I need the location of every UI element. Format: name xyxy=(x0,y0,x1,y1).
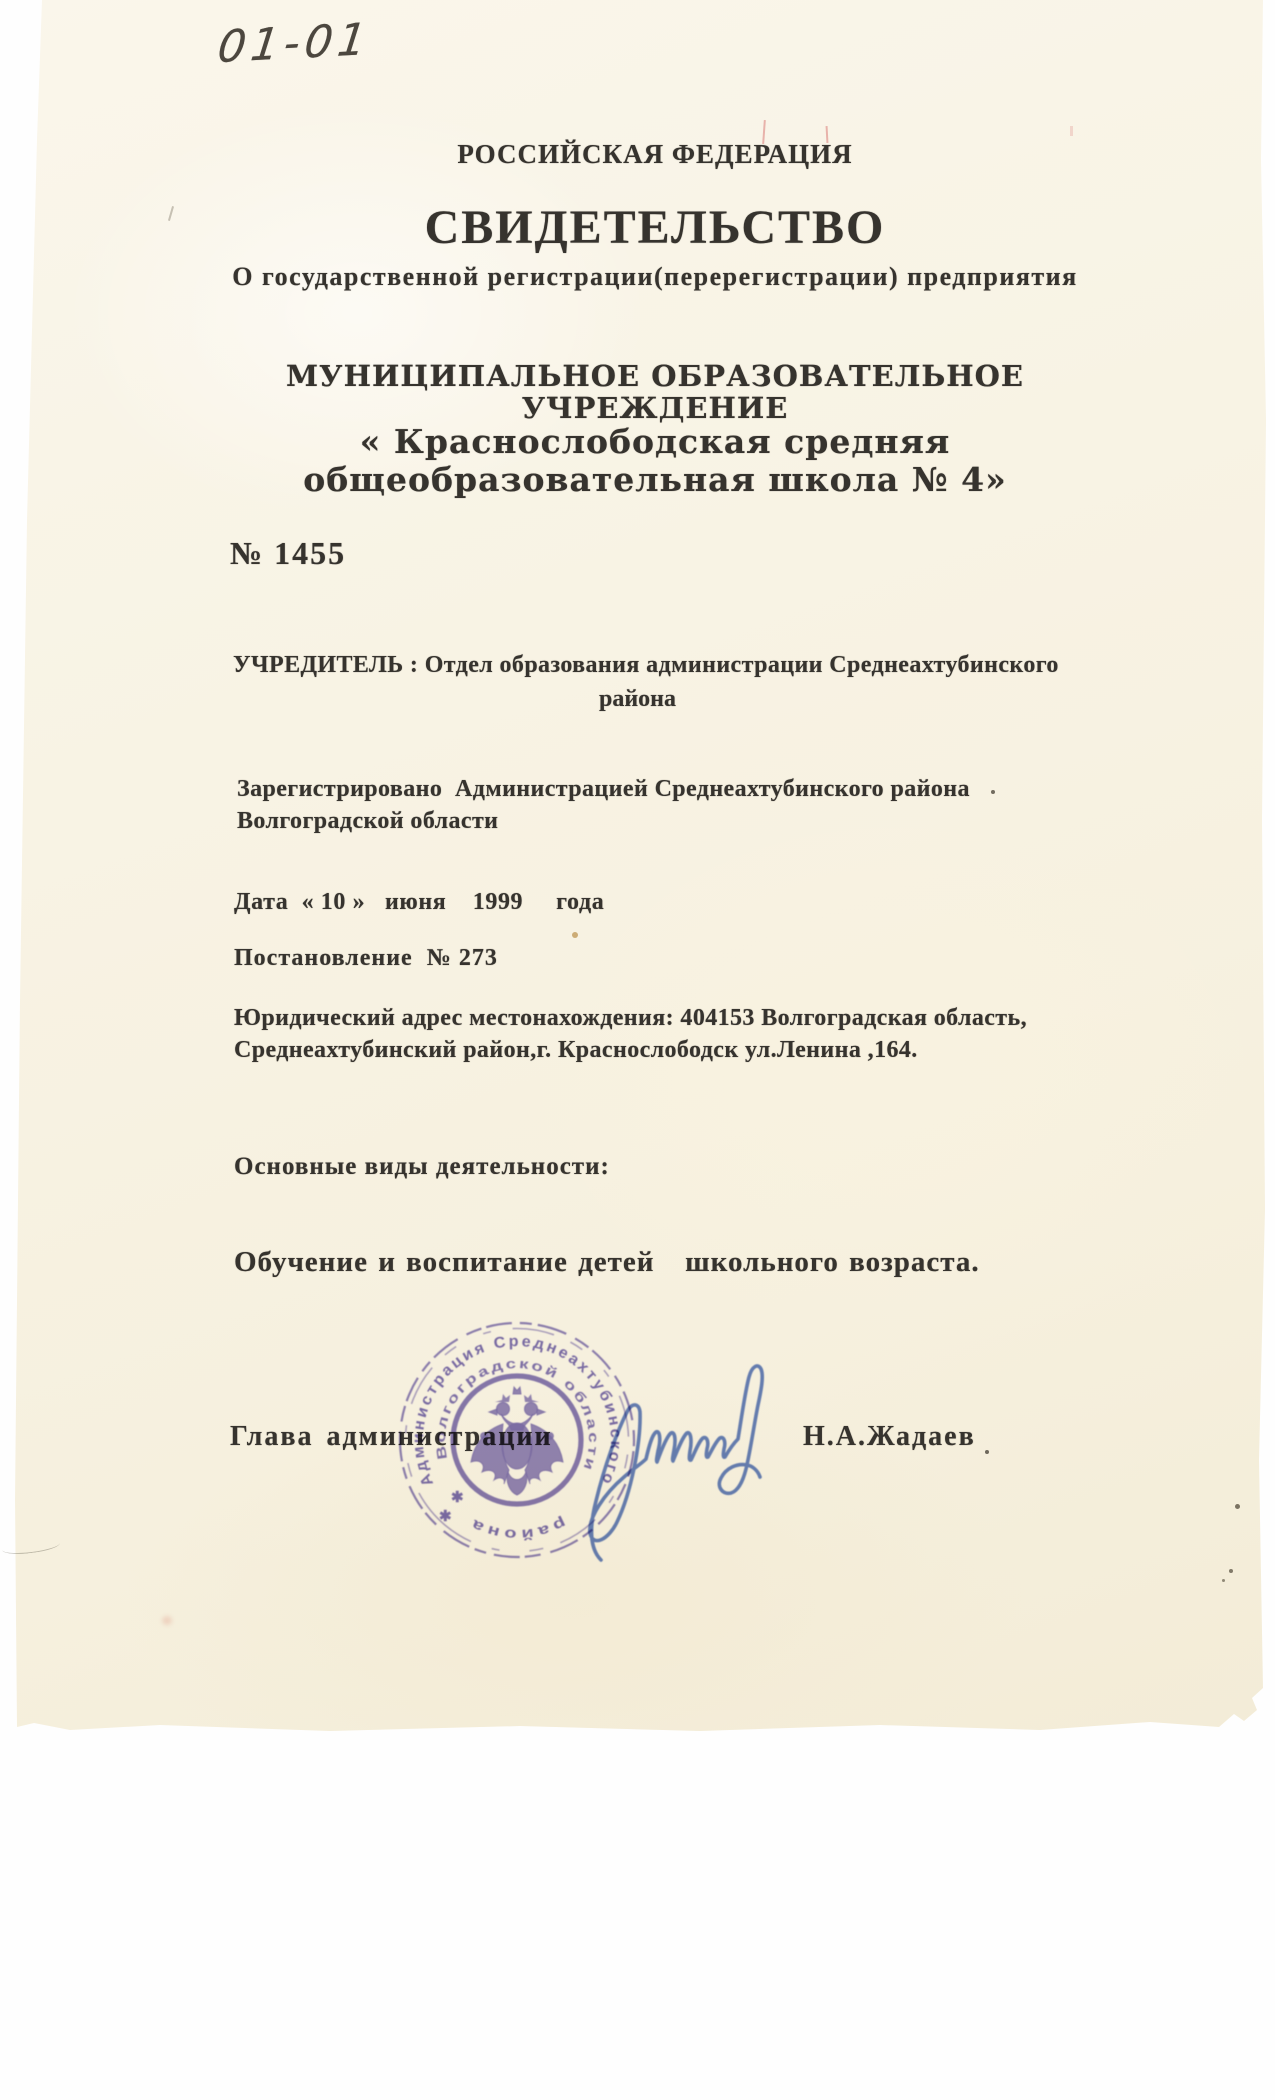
document-title: СВИДЕТЕЛЬСТВО xyxy=(35,200,1275,255)
organization-line-4: общеобразовательная школа № 4» xyxy=(35,460,1275,499)
signatory-name: Н.А.Жадаев xyxy=(803,1421,976,1453)
paper-speck xyxy=(1235,1504,1240,1509)
founder-line-2: района xyxy=(235,686,1040,713)
paper-stain xyxy=(162,1616,172,1625)
resolution-number-line: Постановление № 273 xyxy=(234,945,498,972)
registered-by-line-2: Волгоградской области xyxy=(237,808,498,835)
stamp-ring-text-bottom: района xyxy=(466,1514,568,1542)
paper-speck xyxy=(1222,1579,1225,1582)
ink-dot xyxy=(985,1450,989,1454)
paper-speck xyxy=(572,932,578,938)
handwritten-number: 01-01 xyxy=(215,14,374,73)
organization-line-1: МУНИЦИПАЛЬНОЕ ОБРАЗОВАТЕЛЬНОЕ xyxy=(35,359,1275,393)
founder-line-1: УЧРЕДИТЕЛЬ : Отдел образования администр… xyxy=(233,652,1059,679)
registration-date-line: Дата « 10 » июня 1999 года xyxy=(234,889,604,916)
document-subtitle: О государственной регистрации(перерегист… xyxy=(35,262,1275,292)
registered-by-line-1: Зарегистрировано Администрацией Среднеах… xyxy=(237,776,970,803)
signature-stroke xyxy=(590,1366,762,1560)
country-header: РОССИЙСКАЯ ФЕДЕРАЦИЯ xyxy=(35,139,1275,170)
double-headed-eagle-icon xyxy=(471,1387,563,1495)
registration-number: № 1455 xyxy=(230,535,346,572)
stamp-star-icon: ✱ xyxy=(439,1508,452,1525)
red-pen-mark xyxy=(1070,126,1073,136)
organization-line-2: УЧРЕЖДЕНИЕ xyxy=(35,391,1275,425)
scanned-certificate-page: 01-01 РОССИЙСКАЯ ФЕДЕРАЦИЯ СВИДЕТЕЛЬСТВО… xyxy=(0,0,1275,2100)
activities-label: Основные виды деятельности: xyxy=(234,1153,610,1181)
legal-address-line-1: Юридический адрес местонахождения: 40415… xyxy=(234,1005,1027,1032)
activities-value: Обучение и воспитание детей школьного во… xyxy=(234,1246,980,1279)
organization-line-3: « Краснослободская средняя xyxy=(35,422,1275,461)
paper-speck xyxy=(1229,1569,1233,1573)
signature xyxy=(555,1335,795,1575)
stamp-star-icon: ✱ xyxy=(451,1489,464,1506)
paper-speck xyxy=(991,790,995,794)
legal-address-line-2: Среднеахтубинский район,г. Краснослободс… xyxy=(234,1037,918,1064)
